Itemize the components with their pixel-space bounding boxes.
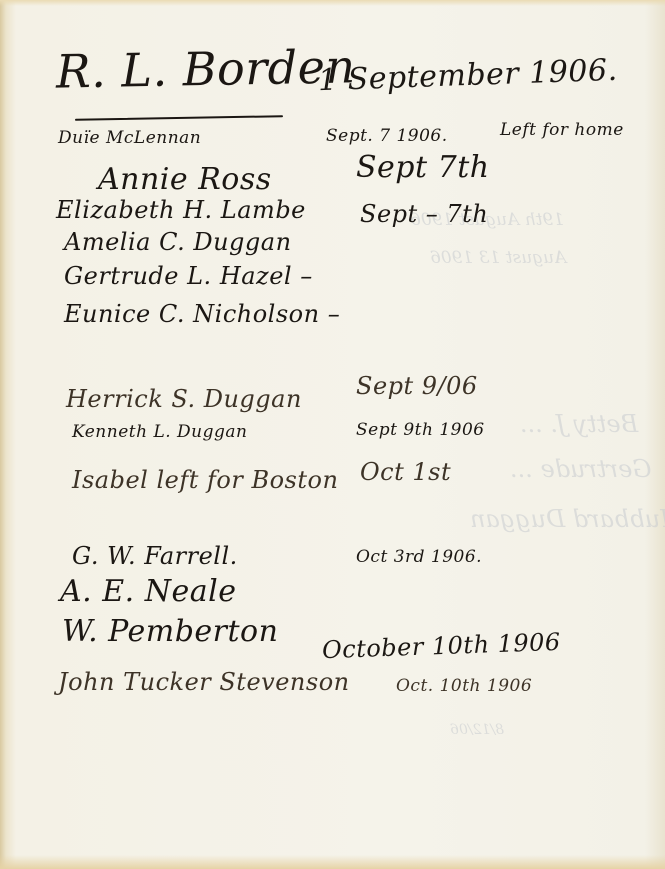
entry-date: 1 September 1906. — [317, 53, 618, 98]
signature: Annie Ross — [98, 162, 272, 197]
signature: W. Pemberton — [62, 614, 278, 649]
signature: Isabel left for Boston — [72, 466, 338, 494]
bleed-through-text: Betty J. ... — [520, 410, 638, 438]
signature: Kenneth L. Duggan — [72, 422, 247, 442]
bleed-through-text: August 13 1906 — [430, 248, 566, 268]
entry-date: Sept 9th 1906 — [356, 420, 485, 440]
signature: G. W. Farrell. — [72, 542, 238, 570]
entry-date: Sept – 7th — [360, 200, 488, 228]
entry-date: Oct. 10th 1906 — [396, 676, 532, 696]
entry-date: Sept 7th — [356, 150, 490, 185]
signature: Gertrude L. Hazel – — [64, 262, 313, 290]
signature: Duïe McLennan — [58, 128, 201, 148]
bleed-through-text: Hubbard Duggan — [470, 505, 665, 533]
entry-date: Sept. 7 1906. — [326, 126, 448, 146]
entry-date: Oct 1st — [360, 458, 451, 486]
signature: Eunice C. Nicholson – — [64, 300, 340, 328]
signature: A. E. Neale — [60, 574, 236, 609]
bleed-through-text: 8/12/06 — [450, 722, 504, 738]
entry-date: October 10th 1906 — [322, 628, 562, 664]
bleed-through-text: Gertrude ... — [510, 455, 652, 483]
entry-date: Sept 9/06 — [356, 372, 478, 400]
guestbook-page: 19th August 1906 August 13 1906 Betty J.… — [0, 0, 665, 869]
signature: John Tucker Stevenson — [58, 668, 350, 696]
signature-underline — [75, 115, 283, 121]
signature: Elizabeth H. Lambe — [56, 196, 306, 224]
entry-note: Left for home — [500, 120, 624, 140]
signature-borden: R. L. Borden — [56, 39, 356, 98]
signature: Herrick S. Duggan — [66, 385, 302, 413]
entry-date: Oct 3rd 1906. — [356, 547, 482, 567]
signature: Amelia C. Duggan — [64, 228, 292, 256]
